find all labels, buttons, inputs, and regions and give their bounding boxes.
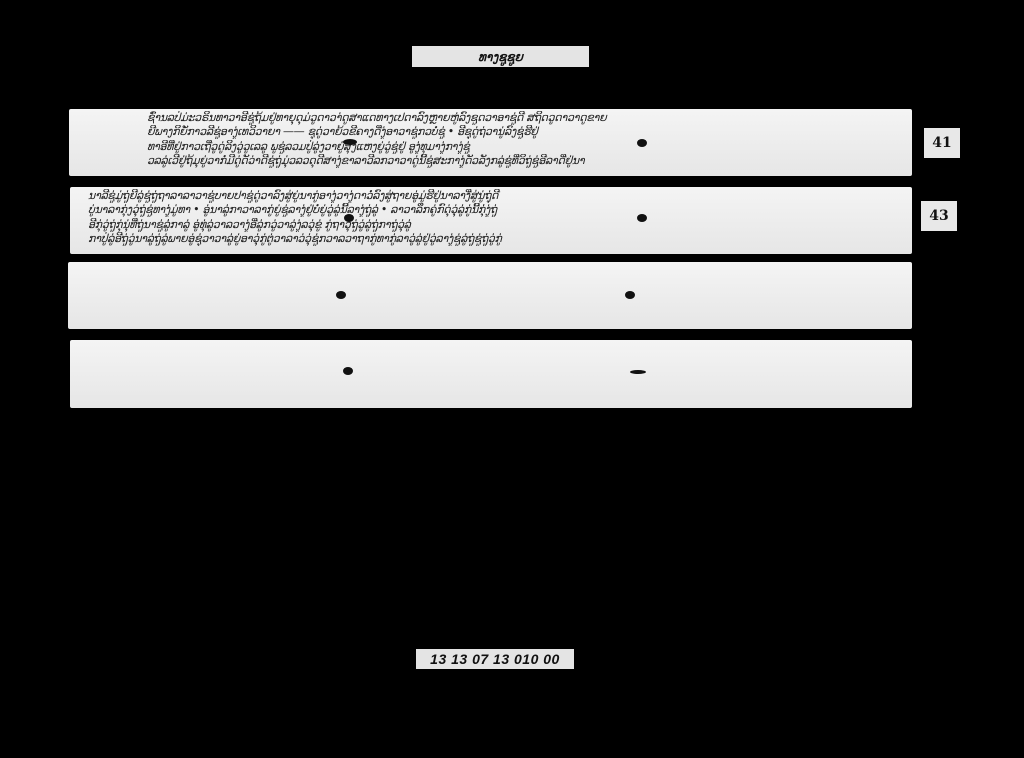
leaf-1-line-2: ຍີພາງກິຍ່ັກາວລີຊູ່ອາງູ່ເທວິວາຍາ —— ຊຸດູ່… [147, 125, 867, 139]
manuscript-title-text: ທາງຊູຊູຍ [478, 50, 523, 64]
folio-number-text: 43 [929, 208, 948, 224]
leaf-1-line-4: ວລລູ່ເວີຢູ່ຖ້ມຸຍູ່ວາກໍ່ມີດູ່ດັວ່າດີຊູ່ຖູ… [147, 154, 867, 168]
folio-number-text: 41 [932, 135, 951, 151]
folio-number-43: 43 [921, 201, 957, 231]
archive-id-text: 13 13 07 13 010 00 [430, 651, 560, 667]
string-hole-left [343, 367, 353, 375]
string-hole-left [343, 139, 357, 145]
leaf-1-line-3: ທາອີທີ່ຢູ່ກາວເຖີ່ວູດູ່ລິງວູ່ວູເລລູ ພູຊູ່… [147, 140, 867, 154]
string-hole-right [637, 214, 647, 222]
archive-id-label: 13 13 07 13 010 00 [416, 649, 574, 669]
manuscript-title-label: ທາງຊູຊູຍ [412, 46, 589, 67]
folio-number-41: 41 [924, 128, 960, 158]
string-hole-right [637, 139, 647, 147]
palm-leaf-2: ນາລີຊູ່ມູ່ຖູ່ຍີລູ່ຊູ່ຖູ່ຖາລາລາວາຊູ່ບາຍປາ… [70, 187, 912, 254]
leaf-2-line-3: ອີກຸ່ວູ່ຖູ່ກຸ່ນຸ່ທີ່ຖູ່ນາຊູ່ລູ່່ກາລູ່ ອູ… [88, 218, 903, 232]
leaf-2-line-2: ບູ່ນາລາກຸ່ງວຸ່ຖູ່ຊູ່ທາງູ່ມູ່ທາ • ອູ່ນາລູ… [88, 203, 903, 217]
palm-leaf-1: ຊົ່ານລປ່ມ່ະວຣິນທາວາອີຊູ່ຖ້ມຢູ່ທາຍຸດຸມ່ວູ… [69, 109, 912, 176]
leaf-1-line-1: ຊົ່ານລປ່ມ່ະວຣິນທາວາອີຊູ່ຖ້ມຢູ່ທາຍຸດຸມ່ວູ… [147, 111, 867, 125]
palm-leaf-4-blank [70, 340, 912, 408]
string-hole-left [336, 291, 346, 299]
palm-leaf-3-blank [68, 262, 912, 329]
string-hole-left [344, 214, 354, 222]
leaf-2-line-4: ກາປູ່ລູ່ອີຖູ່ວູ່ນາລູ່ຖູ່ລູ່ພາຍອູ່ຊຸ່ວາວາ… [88, 232, 903, 246]
string-hole-right [630, 370, 646, 374]
string-hole-right [625, 291, 635, 299]
leaf-2-line-1: ນາລີຊູ່ມູ່ຖູ່ຍີລູ່ຊູ່ຖູ່ຖາລາລາວາຊູ່ບາຍປາ… [88, 189, 903, 203]
